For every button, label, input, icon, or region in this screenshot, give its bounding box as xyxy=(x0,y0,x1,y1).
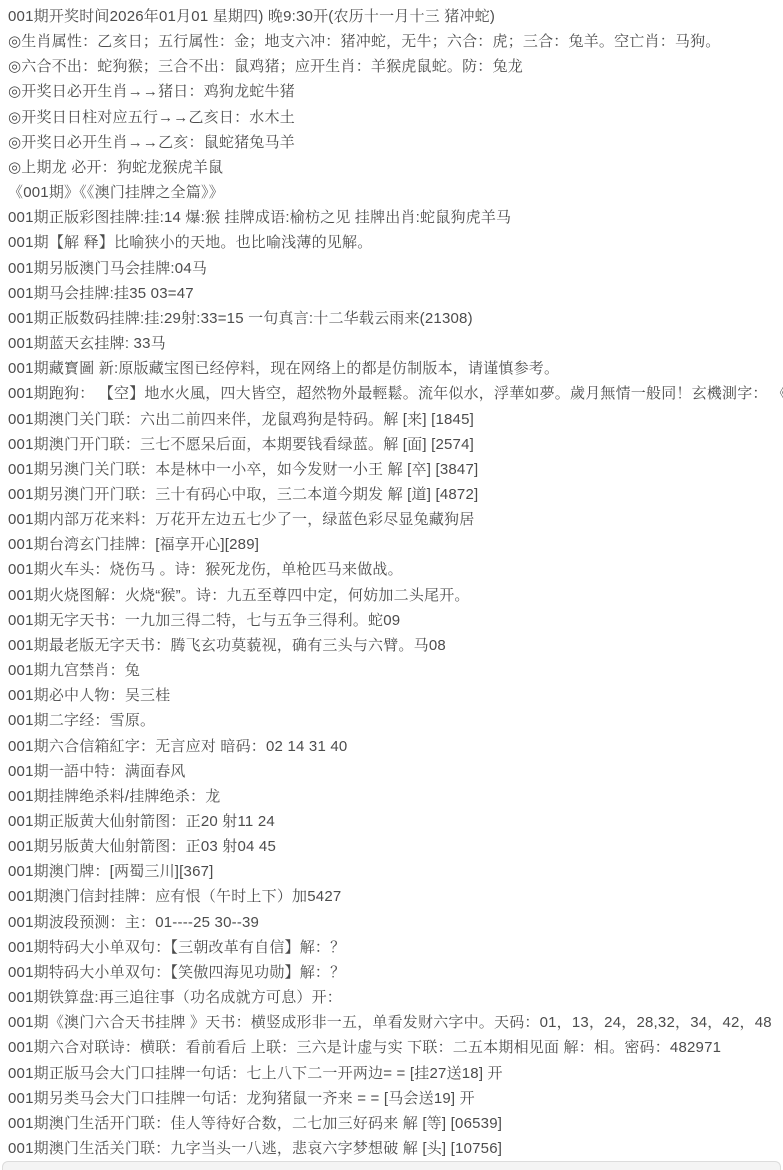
content-line: 001期特码大小单双句：【笑傲四海见功勋】解：？ xyxy=(8,960,775,985)
next-section-panel-top xyxy=(2,1161,781,1170)
content-line: 001期澳门生活开门联：佳人等待好合数，二七加三好码来 解 [等] [06539… xyxy=(8,1111,775,1136)
content-line: 001期一語中特：满面春风 xyxy=(8,759,775,784)
content-line: 001期【解 释】比喻狭小的天地。也比喻浅薄的见解。 xyxy=(8,230,775,255)
content-line: 001期六合信箱紅字：无言应对 暗码：02 14 31 40 xyxy=(8,734,775,759)
content-line: 001期蓝天玄挂牌: 33马 xyxy=(8,331,775,356)
content-line: 001期另澳门开门联：三十有码心中取，三二本道今期发 解 [道] [4872] xyxy=(8,482,775,507)
content-line: 001期澳门信封挂牌：应有恨（午时上下）加5427 xyxy=(8,884,775,909)
content-line: 001期二字经：雪原。 xyxy=(8,708,775,733)
content-line: 001期另版黄大仙射箭图：正03 射04 45 xyxy=(8,834,775,859)
content-line: 001期正版黄大仙射箭图：正20 射11 24 xyxy=(8,809,775,834)
content-line: 001期九宫禁肖：兔 xyxy=(8,658,775,683)
content-line: ◎上期龙 必开：狗蛇龙猴虎羊鼠 xyxy=(8,155,775,180)
content-line: 001期另澳门关门联：本是林中一小卒，如今发财一小王 解 [卒] [3847] xyxy=(8,457,775,482)
content-line: 001期《澳门六合天书挂牌 》天书：横竖成形非一五，单看发财六字中。天码：01，… xyxy=(8,1010,775,1035)
content-line: 001期另类马会大门口挂牌一句话：龙狗猪鼠一齐来 = = [马会送19] 开 xyxy=(8,1086,775,1111)
content-line: 001期铁算盘:再三追往事（功名成就方可息）开： xyxy=(8,985,775,1010)
content-line: 001期挂牌绝杀料/挂牌绝杀：龙 xyxy=(8,784,775,809)
content-line: 001期内部万花来料：万花开左边五七少了一，绿蓝色彩尽显兔藏狗居 xyxy=(8,507,775,532)
lottery-info-document: 001期开奖时间2026年01月01 星期四) 晚9:30开(农历十一月十三 猪… xyxy=(0,0,783,1161)
content-line: 001期最老版无字天书：腾飞玄功莫藐视，确有三头与六臂。马08 xyxy=(8,633,775,658)
content-line: 001期澳门关门联：六出二前四来伴，龙鼠鸡狗是特码。解 [来] [1845] xyxy=(8,407,775,432)
content-line: ◎开奖日必开生肖→→猪日：鸡狗龙蛇牛猪 xyxy=(8,79,775,104)
content-line: 001期马会挂牌:挂35 03=47 xyxy=(8,281,775,306)
content-line: ◎六合不出：蛇狗猴；三合不出：鼠鸡猪；应开生肖：羊猴虎鼠蛇。防：兔龙 xyxy=(8,54,775,79)
content-line: 001期特码大小单双句：【三朝改革有自信】解：？ xyxy=(8,935,775,960)
content-line: 001期跑狗： 【空】地水火風，四大皆空，超然物外最輕鬆。流年似水，浮華如夢。歲… xyxy=(8,381,775,406)
content-line: 001期波段预测：主：01----25 30--39 xyxy=(8,910,775,935)
content-line: ◎开奖日必开生肖→→乙亥：鼠蛇猪兔马羊 xyxy=(8,130,775,155)
content-line: 001期藏寳圖 新:原版藏宝图已经停料，现在网络上的都是仿制版本，请谨慎参考。 xyxy=(8,356,775,381)
content-line: 001期另版澳门马会挂牌:04马 xyxy=(8,256,775,281)
content-line: 001期澳门牌：[两蜀三川][367] xyxy=(8,859,775,884)
content-line: 001期澳门开门联：三七不愿呆后面，本期要钱看绿蓝。解 [面] [2574] xyxy=(8,432,775,457)
content-line: 001期正版马会大门口挂牌一句话：七上八下二一开两边= = [挂27送18] 开 xyxy=(8,1061,775,1086)
content-line: 001期火烧图解：火烧“猴”。诗：九五至尊四中定，何妨加二头尾开。 xyxy=(8,583,775,608)
content-line: 001期开奖时间2026年01月01 星期四) 晚9:30开(农历十一月十三 猪… xyxy=(8,4,775,29)
content-line: 001期澳门生活关门联：九字当头一八逃，悲哀六字梦想破 解 [头] [10756… xyxy=(8,1136,775,1161)
content-line: ◎生肖属性：乙亥日；五行属性：金；地支六冲：猪冲蛇，无牛；六合：虎；三合：兔羊。… xyxy=(8,29,775,54)
content-line: 001期必中人物：吴三桂 xyxy=(8,683,775,708)
content-line: 001期无字天书：一九加三得二特，七与五争三得利。蛇09 xyxy=(8,608,775,633)
content-line: 《001期》《《澳门挂牌之全篇》》 xyxy=(8,180,775,205)
content-line: 001期六合对联诗：横联：看前看后 上联：三六是计虚与实 下联：二五本期相见面 … xyxy=(8,1035,775,1060)
content-line: 001期正版彩图挂牌:挂:14 爆:猴 挂牌成语:榆枋之见 挂牌出肖:蛇鼠狗虎羊… xyxy=(8,205,775,230)
content-line: 001期台湾玄门挂牌：[福享开心][289] xyxy=(8,532,775,557)
content-line: 001期正版数码挂牌:挂:29射:33=15 一句真言:十二华载云雨来(2130… xyxy=(8,306,775,331)
content-line: 001期火车头：烧伤马 。诗：猴死龙伤，单枪匹马来做战。 xyxy=(8,557,775,582)
content-line: ◎开奖日日柱对应五行→→乙亥日：水木土 xyxy=(8,105,775,130)
